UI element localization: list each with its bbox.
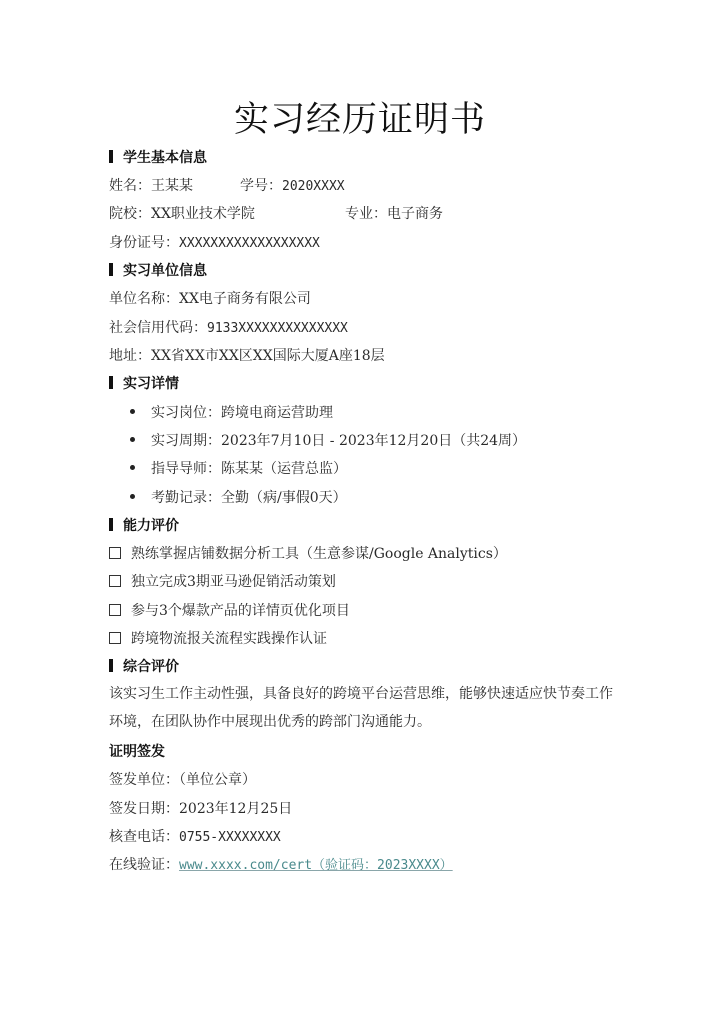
detail-label: 实习岗位： <box>151 405 221 421</box>
student-id-label: 学号： <box>240 178 282 194</box>
verify-label: 在线验证： <box>109 857 179 873</box>
detail-label: 实习周期： <box>151 433 221 449</box>
idcard-row: 身份证号：XXXXXXXXXXXXXXXXXX <box>109 233 320 254</box>
name-value: 王某某 <box>151 178 193 194</box>
document-page: 实习经历证明书 学生基本信息 姓名：王某某 学号：2020XXXX 院校：XX职… <box>0 0 720 1018</box>
phone-row: 核查电话：0755-XXXXXXXX <box>109 827 281 848</box>
issue-date-value: 2023年12月25日 <box>179 801 292 817</box>
detail-item-position: 实习岗位：跨境电商运营助理 <box>130 403 333 423</box>
issue-date-row: 签发日期：2023年12月25日 <box>109 799 292 819</box>
checkbox-icon[interactable] <box>109 547 121 559</box>
bullet-icon <box>130 465 135 470</box>
ability-text: 参与3个爆款产品的详情页优化项目 <box>131 603 350 619</box>
section-heading-details: 实习详情 <box>109 374 179 394</box>
section-title: 实习详情 <box>123 376 179 392</box>
section-marker-icon <box>109 150 113 163</box>
school-row: 院校：XX职业技术学院 <box>109 204 255 224</box>
major-label: 专业： <box>345 206 387 222</box>
detail-value: 全勤（病/事假0天） <box>221 490 347 506</box>
section-marker-icon <box>109 518 113 531</box>
overall-evaluation-text: 该实习生工作主动性强，具备良好的跨境平台运营思维，能够快速适应快节奏工作环境，在… <box>109 680 619 736</box>
checkbox-icon[interactable] <box>109 632 121 644</box>
section-title: 能力评价 <box>123 518 179 534</box>
detail-item-mentor: 指导导师：陈某某（运营总监） <box>130 459 347 479</box>
section-heading-abilities: 能力评价 <box>109 516 179 536</box>
major-value: 电子商务 <box>387 206 443 222</box>
document-title: 实习经历证明书 <box>0 92 720 142</box>
idcard-label: 身份证号： <box>109 235 179 251</box>
credit-code-row: 社会信用代码：9133XXXXXXXXXXXXXX <box>109 318 348 339</box>
credit-value: 9133XXXXXXXXXXXXXX <box>207 321 348 336</box>
section-heading-overall: 综合评价 <box>109 657 179 677</box>
section-heading-student-info: 学生基本信息 <box>109 148 207 168</box>
company-label: 单位名称： <box>109 291 179 307</box>
detail-value: 陈某某（运营总监） <box>221 461 347 477</box>
detail-label: 考勤记录： <box>151 490 221 506</box>
student-id-value: 2020XXXX <box>282 179 345 194</box>
ability-text: 独立完成3期亚马逊促销活动策划 <box>131 574 336 590</box>
address-label: 地址： <box>109 348 151 364</box>
ability-item: 独立完成3期亚马逊促销活动策划 <box>109 572 336 592</box>
bullet-icon <box>130 437 135 442</box>
bullet-icon <box>130 494 135 499</box>
issue-date-label: 签发日期： <box>109 801 179 817</box>
student-id-row: 学号：2020XXXX <box>240 176 345 197</box>
detail-value: 跨境电商运营助理 <box>221 405 333 421</box>
detail-item-attendance: 考勤记录：全勤（病/事假0天） <box>130 488 347 508</box>
credit-label: 社会信用代码： <box>109 320 207 336</box>
section-title: 学生基本信息 <box>123 150 207 166</box>
address-row: 地址：XX省XX市XX区XX国际大厦A座18层 <box>109 346 385 366</box>
section-marker-icon <box>109 659 113 672</box>
major-row: 专业：电子商务 <box>345 204 443 224</box>
phone-label: 核查电话： <box>109 829 179 845</box>
address-value: XX省XX市XX区XX国际大厦A座18层 <box>151 348 385 364</box>
company-value: XX电子商务有限公司 <box>179 291 311 307</box>
ability-item: 熟练掌握店铺数据分析工具（生意参谋/Google Analytics） <box>109 544 507 564</box>
student-name-row: 姓名：王某某 <box>109 176 193 196</box>
ability-text: 熟练掌握店铺数据分析工具（生意参谋/Google Analytics） <box>131 546 507 562</box>
company-name-row: 单位名称：XX电子商务有限公司 <box>109 289 311 309</box>
school-label: 院校： <box>109 206 151 222</box>
issuer-label: 签发单位： <box>109 772 179 788</box>
ability-item: 参与3个爆款产品的详情页优化项目 <box>109 601 350 621</box>
section-heading-company-info: 实习单位信息 <box>109 261 207 281</box>
name-label: 姓名： <box>109 178 151 194</box>
section-marker-icon <box>109 263 113 276</box>
checkbox-icon[interactable] <box>109 575 121 587</box>
detail-item-period: 实习周期：2023年7月10日 - 2023年12月20日（共24周） <box>130 431 526 451</box>
checkbox-icon[interactable] <box>109 604 121 616</box>
issuer-row: 签发单位：（单位公章） <box>109 770 256 790</box>
section-heading-issuance: 证明签发 <box>109 742 165 762</box>
ability-text: 跨境物流报关流程实践操作认证 <box>131 631 327 647</box>
section-marker-icon <box>109 376 113 389</box>
detail-label: 指导导师： <box>151 461 221 477</box>
phone-value: 0755-XXXXXXXX <box>179 830 281 845</box>
ability-item: 跨境物流报关流程实践操作认证 <box>109 629 327 649</box>
verify-row: 在线验证：www.xxxx.com/cert（验证码：2023XXXX） <box>109 855 453 876</box>
issuer-value: （单位公章） <box>179 772 256 788</box>
section-title: 实习单位信息 <box>123 263 207 279</box>
bullet-icon <box>130 409 135 414</box>
section-title: 综合评价 <box>123 659 179 675</box>
idcard-value: XXXXXXXXXXXXXXXXXX <box>179 236 320 251</box>
verify-link[interactable]: www.xxxx.com/cert（验证码：2023XXXX） <box>179 858 453 873</box>
school-value: XX职业技术学院 <box>151 206 255 222</box>
detail-value: 2023年7月10日 - 2023年12月20日（共24周） <box>221 433 526 449</box>
